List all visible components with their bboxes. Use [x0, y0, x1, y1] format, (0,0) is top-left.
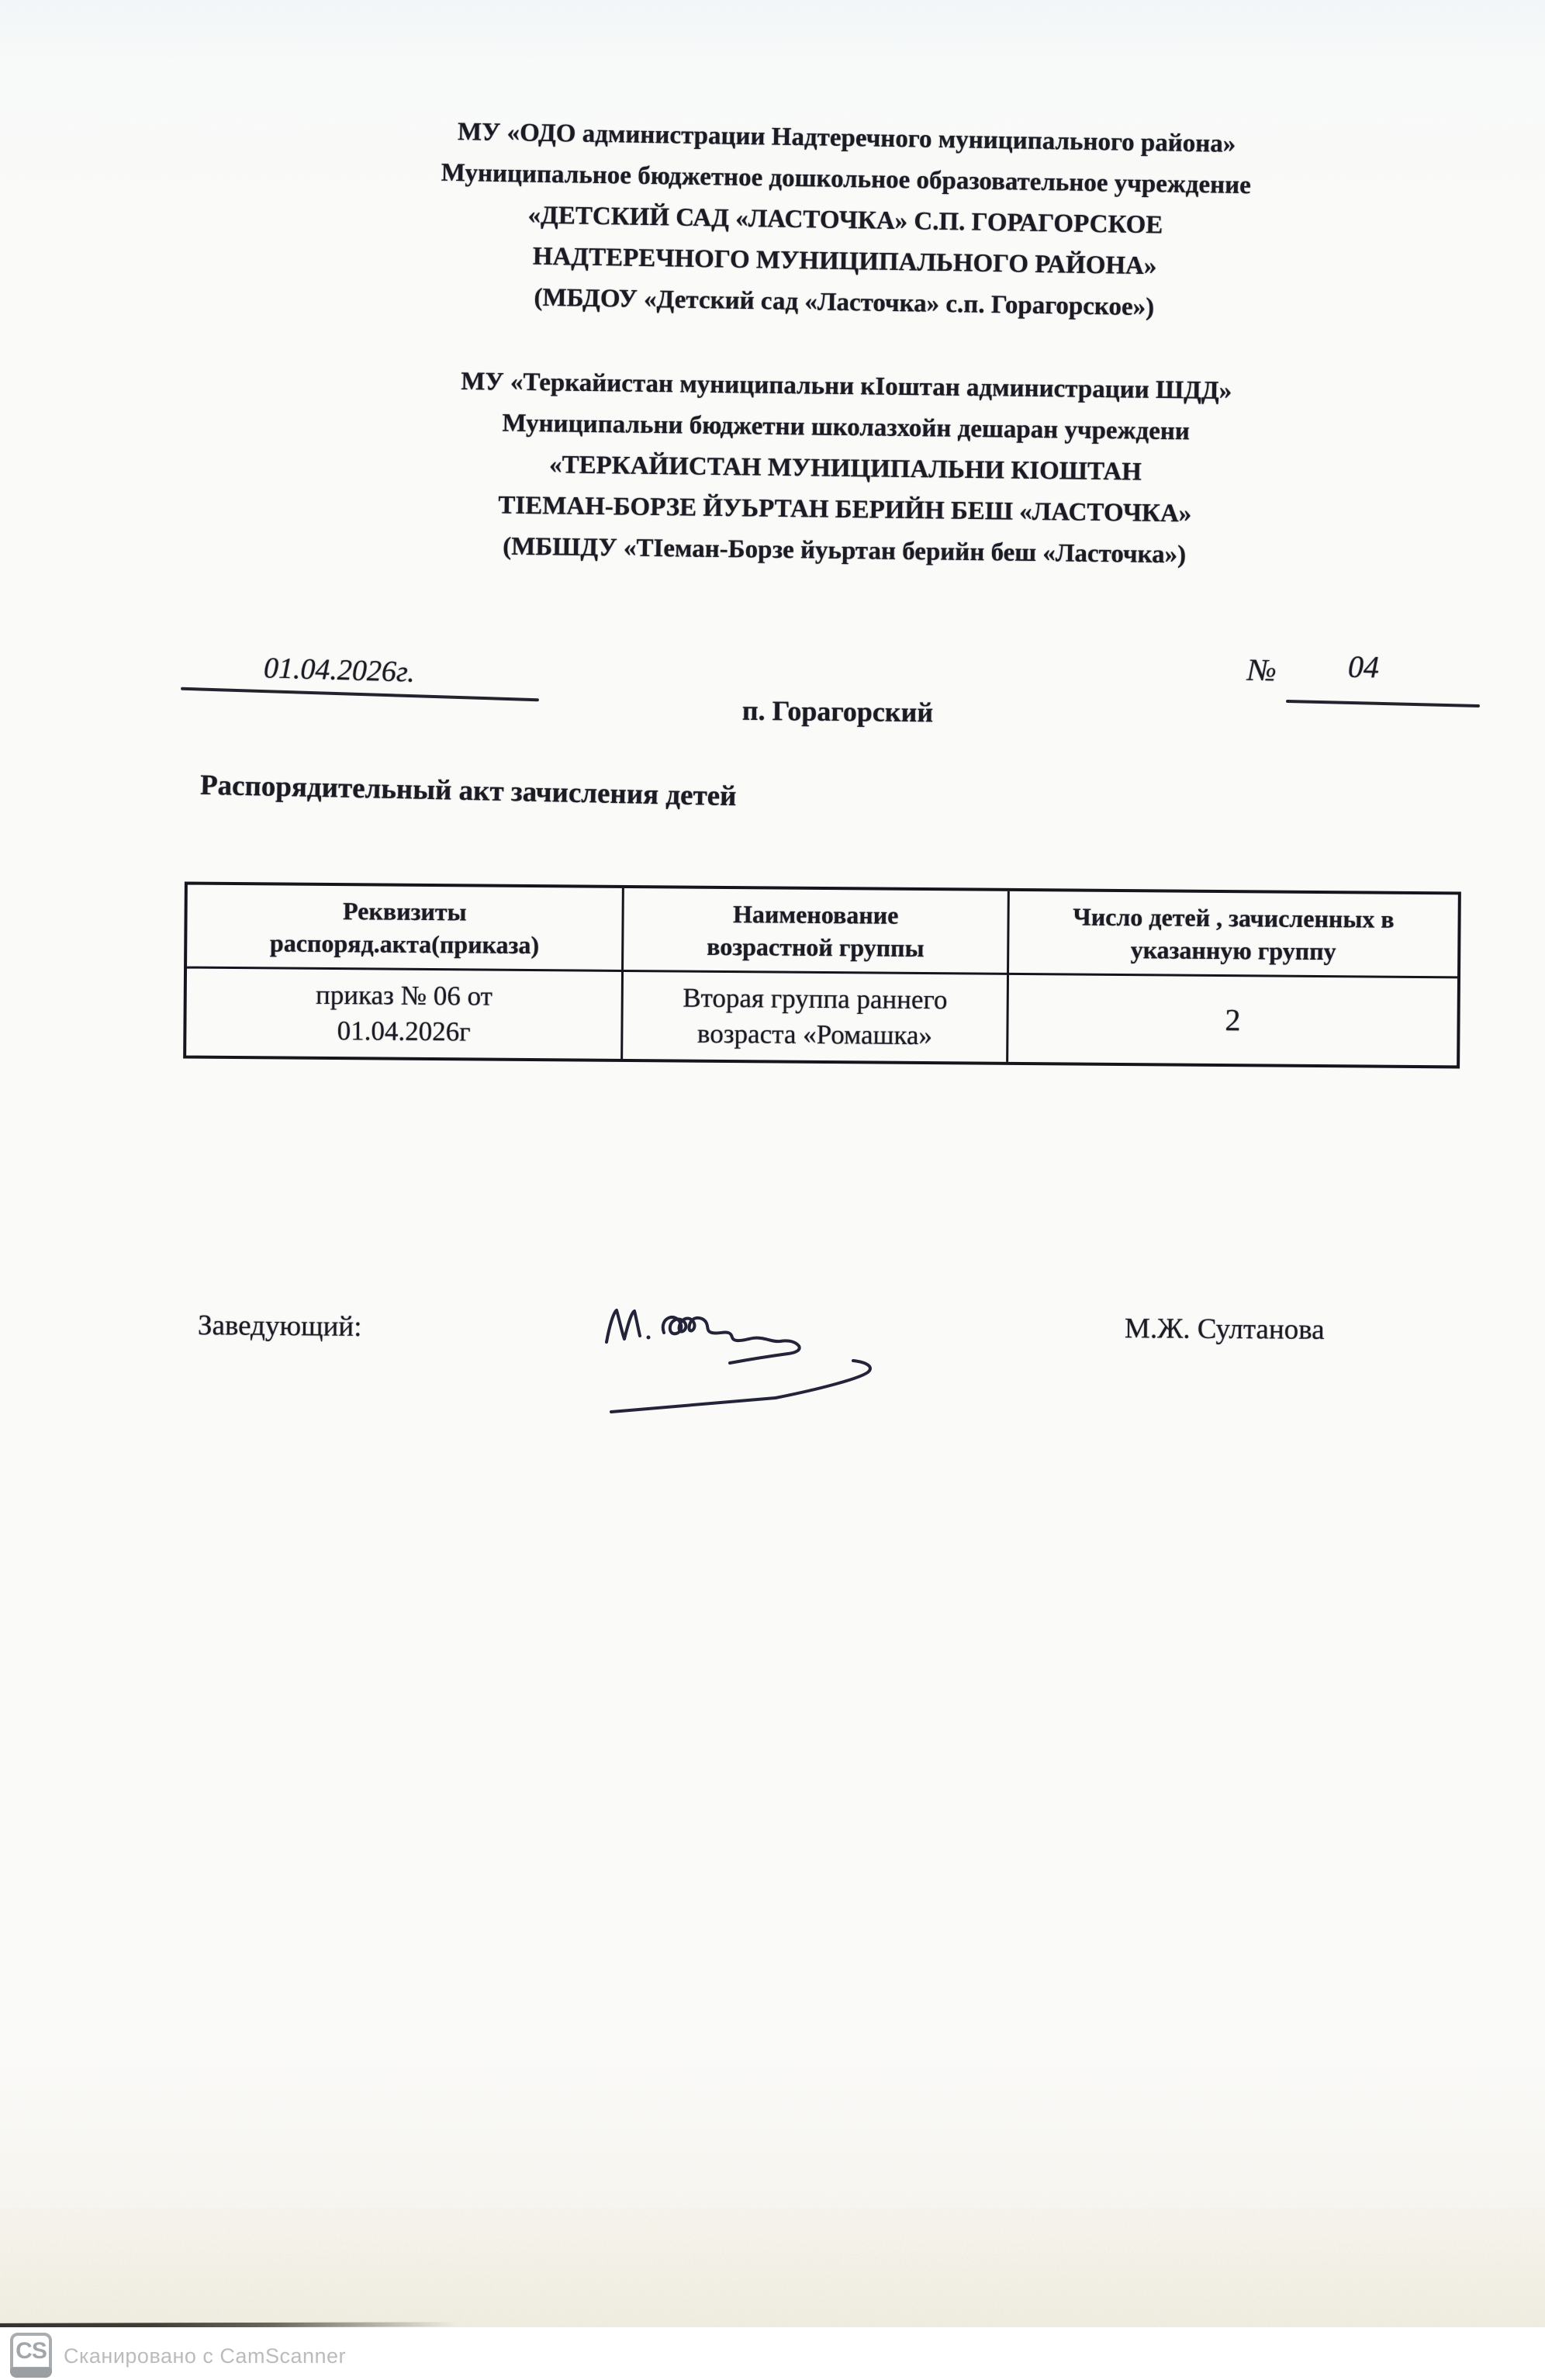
- org-name-chechen: МУ «Теркайистан муниципальни кІоштан адм…: [301, 359, 1389, 578]
- org-name-russian: МУ «ОДО администрации Надтеречного муниц…: [301, 109, 1390, 332]
- table-header-requisites: Реквизиты распоряд.акта(приказа): [187, 885, 624, 972]
- number-sign: №: [1247, 652, 1277, 689]
- scan-noise-texture: [0, 0, 1545, 2327]
- handwritten-signature: [589, 1289, 923, 1421]
- enrollment-table: Реквизиты распоряд.акта(приказа) Наимено…: [183, 882, 1461, 1069]
- camscanner-caption: Сканировано с CamScanner: [64, 2344, 346, 2368]
- signer-role-label: Заведующий:: [198, 1309, 362, 1344]
- document-title: Распорядительный акт зачисления детей: [200, 769, 737, 813]
- table-cell-group-name: Вторая группа раннего возраста «Ромашка»: [624, 972, 1009, 1062]
- camscanner-watermark-strip: CS Сканировано с CamScanner: [0, 2327, 1545, 2380]
- number-underline: [1286, 700, 1480, 707]
- camscanner-logo-icon: CS: [10, 2333, 52, 2370]
- table-header-children-count: Число детей , зачисленных в указанную гр…: [1009, 891, 1458, 979]
- table-header-group-name: Наименование возрастной группы: [624, 888, 1009, 975]
- signer-name: М.Ж. Султанова: [1125, 1312, 1325, 1347]
- document-date: 01.04.2026г.: [263, 651, 415, 689]
- scanned-document-page: МУ «ОДО администрации Надтеречного муниц…: [0, 0, 1545, 2380]
- table-cell-children-count: 2: [1008, 975, 1457, 1066]
- table-cell-order-requisites: приказ № 06 от 01.04.2026г: [186, 969, 624, 1059]
- place-name: п. Горагорский: [698, 694, 977, 729]
- document-number: 04: [1348, 649, 1380, 686]
- camscanner-logo-tab: [10, 2368, 52, 2378]
- scan-paper-background: МУ «ОДО администрации Надтеречного муниц…: [0, 0, 1545, 2327]
- date-underline: [181, 687, 539, 702]
